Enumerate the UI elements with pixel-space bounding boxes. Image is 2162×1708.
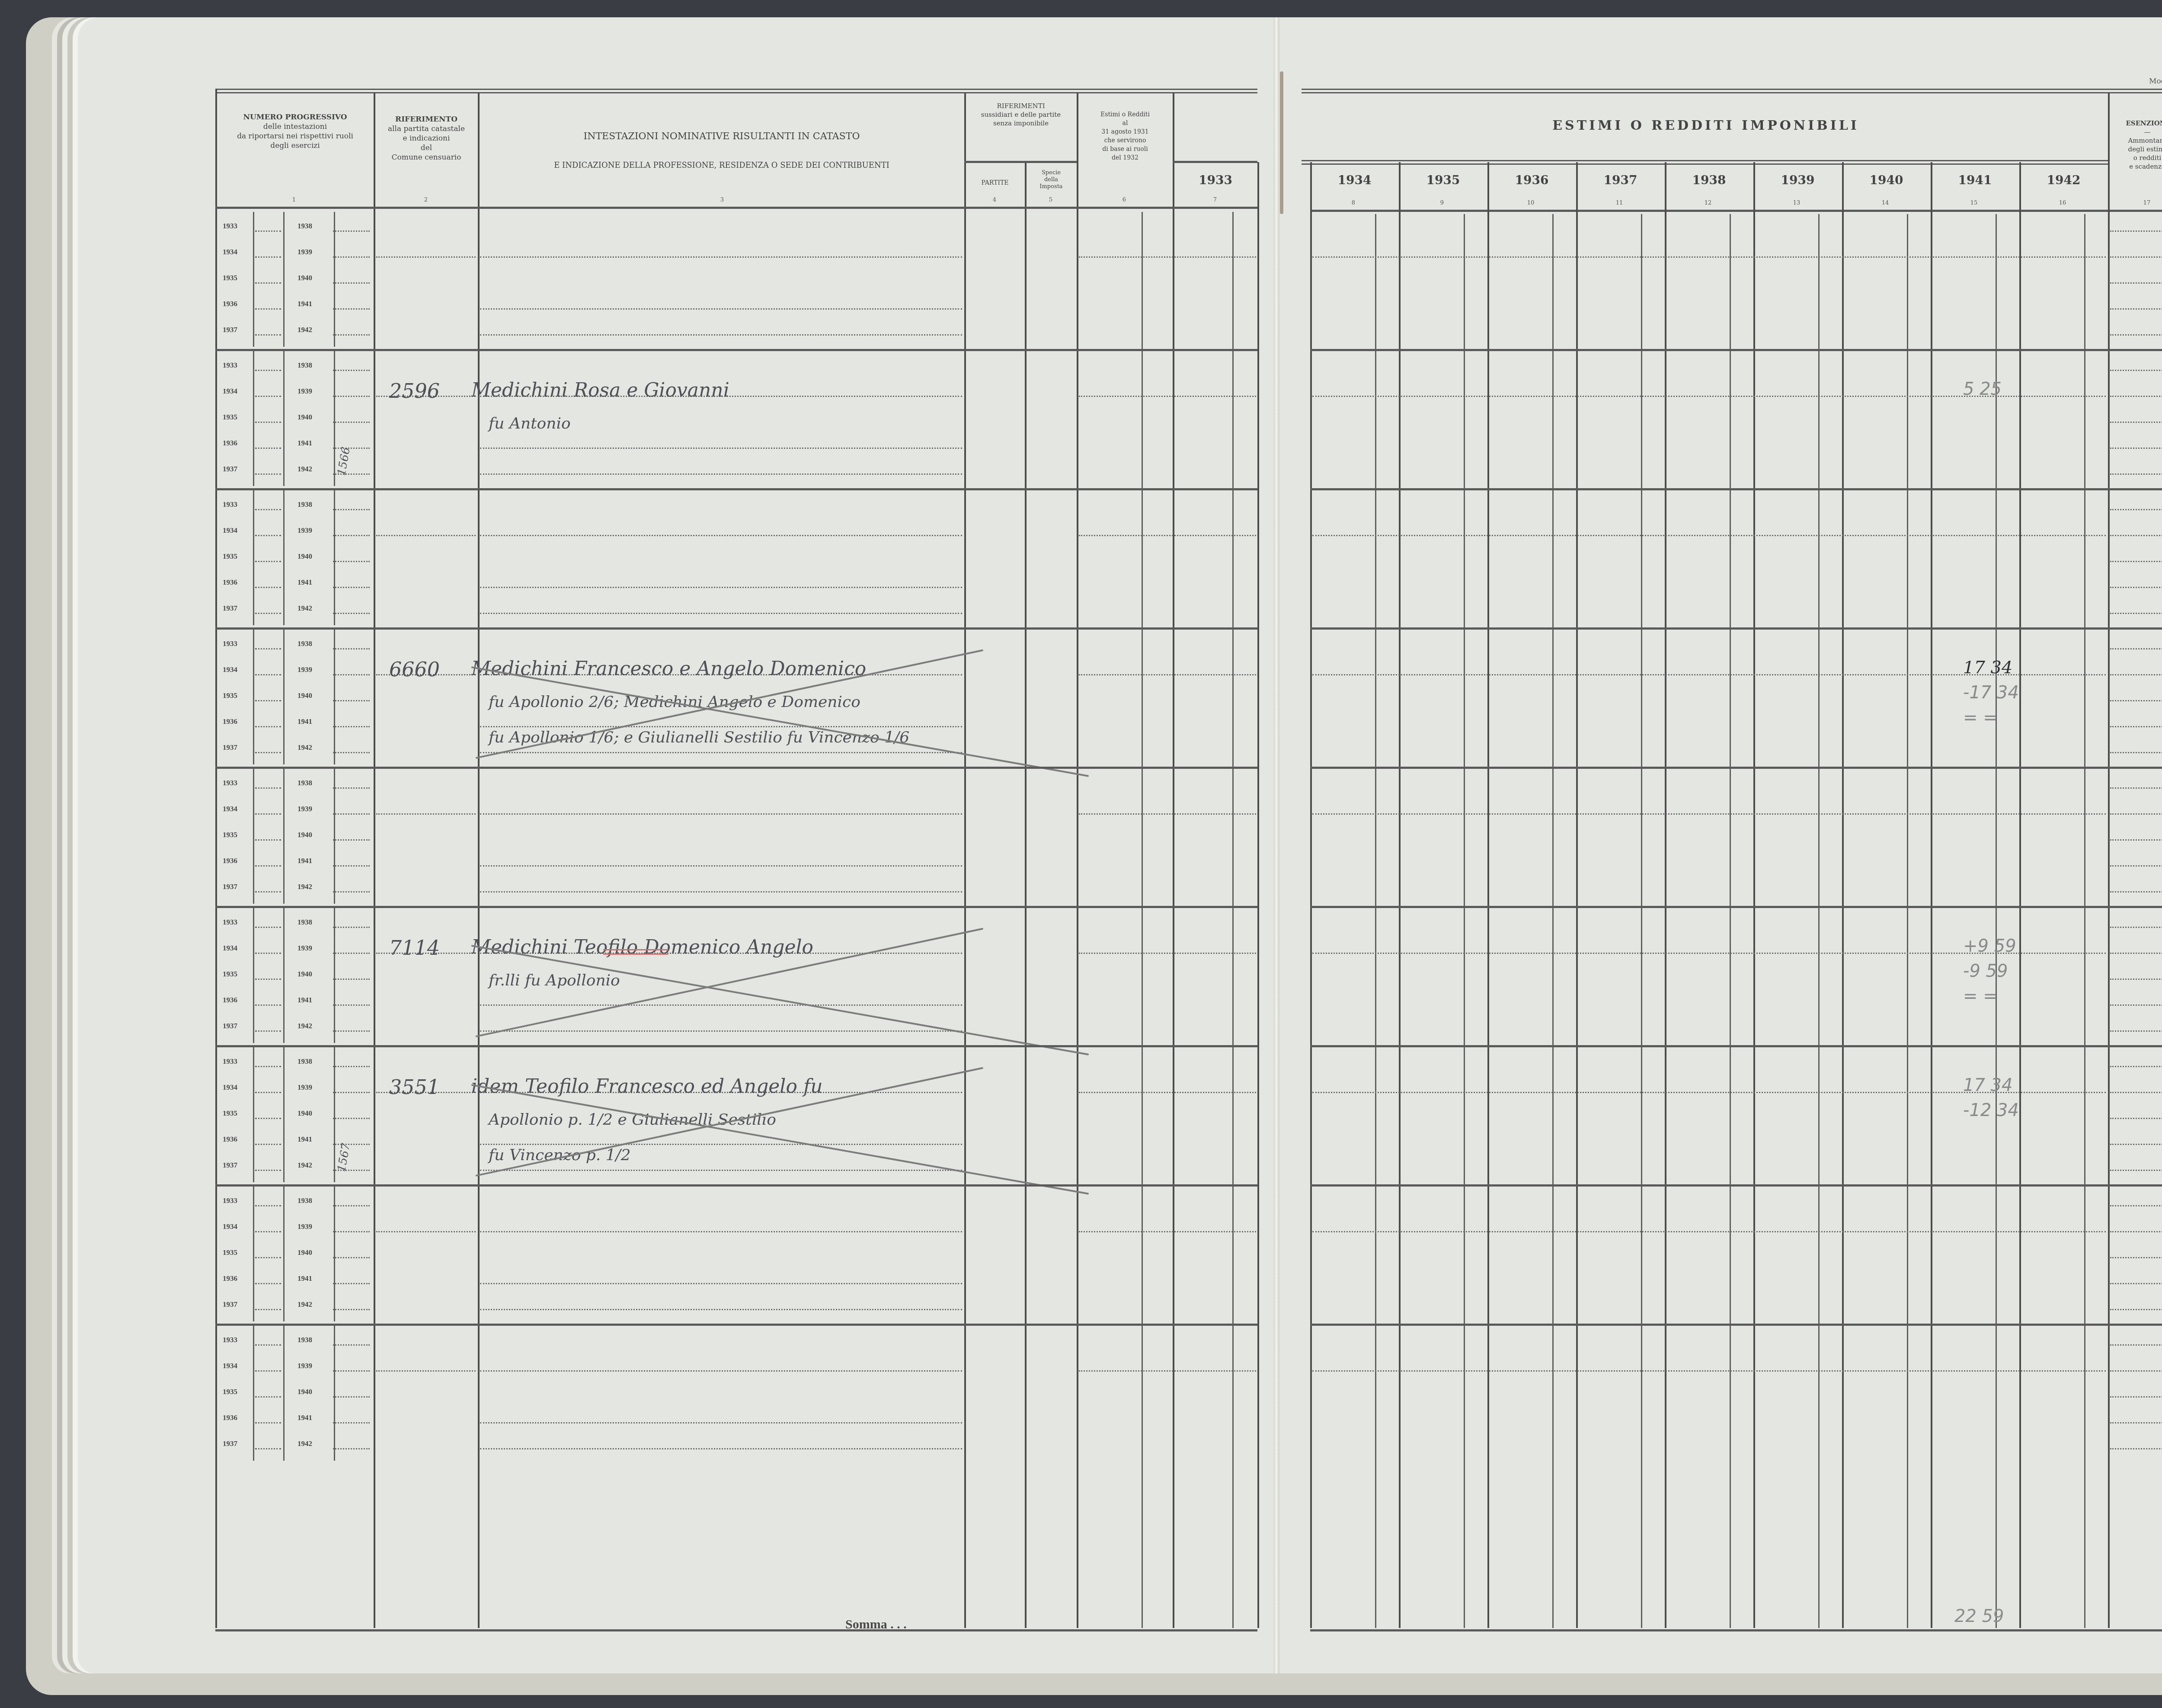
subcol-divider <box>334 490 335 625</box>
dotted-rule <box>255 752 281 753</box>
dotted-rule <box>2110 839 2162 841</box>
year-label: 1935 <box>223 274 237 282</box>
year-label: 1940 <box>297 691 312 700</box>
column-number: 10 <box>1522 200 1539 206</box>
year-label: 1941 <box>297 439 312 448</box>
dotted-rule <box>255 1257 281 1258</box>
year-header-1934: 1934 <box>1310 173 1399 187</box>
dotted-rule <box>480 1309 962 1310</box>
entry-separator <box>1310 1324 2162 1326</box>
dotted-rule <box>333 561 370 562</box>
header-line: Ammontare <box>2110 136 2162 145</box>
subcol-divider <box>253 1047 254 1182</box>
year-label: 1938 <box>297 222 312 230</box>
intestazione-line[interactable]: fu Apollonio 1/6; e Giulianelli Sestilio… <box>489 729 909 746</box>
value-1941[interactable]: -9 59 <box>1963 961 2008 981</box>
year-label: 1934 <box>223 248 237 256</box>
dotted-rule <box>1079 396 1256 397</box>
subcol-divider <box>253 908 254 1043</box>
subcol-divider <box>253 1187 254 1321</box>
year-header-1936: 1936 <box>1487 173 1576 187</box>
dotted-rule <box>333 535 370 536</box>
year-label: 1939 <box>297 1222 312 1231</box>
register-entry-block[interactable] <box>215 210 2162 349</box>
subcol-divider <box>283 351 285 486</box>
dotted-rule <box>2110 891 2162 892</box>
year-label: 1934 <box>223 805 237 813</box>
column-number: 7 <box>1206 197 1224 203</box>
dotted-rule <box>480 1030 962 1032</box>
year-label: 1939 <box>297 1083 312 1092</box>
header-line: degli esercizi <box>218 141 372 150</box>
header-subrule <box>964 161 1077 163</box>
value-1941[interactable]: 17 34 <box>1963 1075 2013 1095</box>
dotted-rule <box>333 1344 370 1346</box>
dotted-rule <box>480 473 962 475</box>
subcol-divider <box>334 908 335 1043</box>
dotted-rule <box>2110 927 2162 928</box>
dotted-rule <box>480 813 962 815</box>
year-label: 1940 <box>297 1248 312 1257</box>
header-line: e indicazioni <box>375 134 477 143</box>
dotted-rule <box>255 1231 281 1232</box>
year-label: 1935 <box>223 1388 237 1396</box>
dotted-rule <box>255 1344 281 1346</box>
column-number: 2 <box>417 197 435 203</box>
intestazione-line[interactable]: fu Vincenzo p. 1/2 <box>489 1146 631 1164</box>
header-line: o redditi <box>2110 154 2162 162</box>
year-label: 1934 <box>223 1222 237 1231</box>
header-line: Imposta <box>1027 183 1076 190</box>
dotted-rule <box>480 1370 962 1372</box>
dotted-rule <box>333 1205 370 1206</box>
register-entry-block[interactable] <box>215 1324 2162 1463</box>
dotted-rule <box>376 813 476 815</box>
dotted-rule <box>255 1422 281 1423</box>
subcol-divider <box>253 212 254 347</box>
header-line: Estimi o Redditi <box>1078 110 1172 119</box>
dotted-rule <box>333 282 370 284</box>
header-estimi-redditi-imponibili: ESTIMI O REDDITI IMPONIBILI <box>1306 121 2106 131</box>
subcol-divider <box>283 1326 285 1461</box>
year-label: 1937 <box>223 604 237 613</box>
dotted-rule <box>255 561 281 562</box>
dotted-rule <box>1079 953 1256 954</box>
dotted-rule <box>1312 813 2106 815</box>
register-entry-block[interactable] <box>215 1184 2162 1324</box>
dotted-rule <box>480 334 962 336</box>
dotted-rule <box>2110 1257 2162 1258</box>
intestazione-line[interactable]: Medichini Rosa e Giovanni <box>471 379 729 401</box>
dotted-rule <box>2110 473 2162 475</box>
subcol-divider <box>334 1326 335 1461</box>
dotted-rule <box>1312 1231 2106 1232</box>
table-bottom-rule <box>215 1629 1257 1631</box>
dotted-rule <box>333 726 370 727</box>
subcol-divider <box>253 490 254 625</box>
dotted-rule <box>333 1092 370 1093</box>
header-line: del 1932 <box>1078 154 1172 162</box>
header-estimi-1931: Estimi o Redditi al 31 agosto 1931 che s… <box>1078 110 1172 162</box>
dotted-rule <box>2110 613 2162 614</box>
dotted-rule <box>376 535 476 536</box>
year-label: 1937 <box>223 1022 237 1030</box>
value-1941[interactable]: +9 59 <box>1963 936 2016 956</box>
riferimento-partita[interactable]: 7114 <box>389 936 440 960</box>
dotted-rule <box>333 700 370 701</box>
register-entry-block[interactable] <box>215 767 2162 906</box>
dotted-rule <box>255 953 281 954</box>
header-line: al <box>1078 119 1172 128</box>
year-header-1937: 1937 <box>1576 173 1665 187</box>
dotted-rule <box>480 1004 962 1006</box>
dotted-rule <box>2110 1344 2162 1346</box>
entry-separator <box>215 1045 1257 1047</box>
dotted-rule <box>255 1309 281 1310</box>
year-label: 1940 <box>297 1388 312 1396</box>
year-label: 1941 <box>297 857 312 865</box>
year-label: 1937 <box>223 743 237 752</box>
dotted-rule <box>480 1422 962 1423</box>
header-title: RIFERIMENTO <box>375 115 477 124</box>
dotted-rule <box>2110 1004 2162 1006</box>
year-label: 1936 <box>223 1274 237 1283</box>
dotted-rule <box>333 308 370 310</box>
header-intestazioni: INTESTAZIONI NOMINATIVE RISULTANTI IN CA… <box>480 132 963 141</box>
dotted-rule <box>255 979 281 980</box>
header-line: che servirono <box>1078 136 1172 145</box>
year-label: 1942 <box>297 1439 312 1448</box>
dotted-rule <box>2110 1422 2162 1423</box>
dotted-rule <box>333 674 370 675</box>
dotted-rule <box>255 927 281 928</box>
header-line: delle intestazioni <box>218 122 372 131</box>
year-label: 1933 <box>223 779 237 787</box>
dotted-rule <box>1312 256 2106 258</box>
year-label: 1937 <box>223 465 237 473</box>
header-line: alla partita catastale <box>375 124 477 134</box>
dotted-rule <box>255 726 281 727</box>
subcol-divider <box>283 908 285 1043</box>
dotted-rule <box>2110 1448 2162 1449</box>
subcol-divider <box>334 630 335 764</box>
dotted-rule <box>480 308 962 310</box>
year-label: 1940 <box>297 831 312 839</box>
dotted-rule <box>255 334 281 336</box>
year-label: 1942 <box>297 1022 312 1030</box>
dotted-rule <box>480 256 962 258</box>
dotted-rule <box>333 1004 370 1006</box>
dotted-rule <box>255 839 281 841</box>
year-label: 1941 <box>297 300 312 308</box>
year-label: 1941 <box>297 717 312 726</box>
entry-separator <box>1310 767 2162 769</box>
header-line: 31 agosto 1931 <box>1078 128 1172 136</box>
year-label: 1941 <box>297 1414 312 1422</box>
year-label: 1939 <box>297 665 312 674</box>
year-label: 1941 <box>297 996 312 1004</box>
year-label: 1942 <box>297 604 312 613</box>
column-number: 1 <box>285 197 303 203</box>
subcol-divider <box>253 630 254 764</box>
header-line: sussidiari e delle partite <box>966 110 1076 119</box>
dotted-rule <box>333 891 370 892</box>
dotted-rule <box>2110 674 2162 675</box>
dotted-rule <box>480 1170 962 1171</box>
column-number: 17 <box>2138 200 2156 206</box>
subcol-divider <box>334 769 335 904</box>
year-label: 1938 <box>297 1057 312 1066</box>
dotted-rule <box>480 613 962 614</box>
dotted-rule <box>255 422 281 423</box>
year-header-1941: 1941 <box>1931 173 2019 187</box>
column-number: 8 <box>1345 200 1362 206</box>
year-label: 1940 <box>297 970 312 979</box>
header-line: da riportarsi nei rispettivi ruoli <box>218 131 372 141</box>
riferimento-partita[interactable]: 6660 <box>389 658 440 681</box>
entry-separator <box>215 1324 1257 1326</box>
intestazione-line[interactable]: fu Antonio <box>489 415 571 432</box>
dotted-rule <box>2110 1283 2162 1284</box>
dotted-rule <box>333 1066 370 1067</box>
year-label: 1938 <box>297 500 312 509</box>
year-label: 1938 <box>297 640 312 648</box>
year-label: 1933 <box>223 1336 237 1344</box>
dotted-rule <box>2110 587 2162 588</box>
column-number: 13 <box>1788 200 1805 206</box>
dotted-rule <box>1079 1370 1256 1372</box>
dotted-rule <box>333 839 370 841</box>
year-label: 1938 <box>297 1196 312 1205</box>
year-label: 1941 <box>297 578 312 587</box>
year-label: 1934 <box>223 526 237 535</box>
year-label: 1942 <box>297 326 312 334</box>
header-intestazioni-subtitle: E INDICAZIONE DELLA PROFESSIONE, RESIDEN… <box>480 161 963 170</box>
year-label: 1935 <box>223 1109 237 1118</box>
dotted-rule <box>480 726 962 727</box>
dotted-rule <box>333 587 370 588</box>
header-subrule <box>1173 161 1257 163</box>
dotted-rule <box>255 787 281 789</box>
entry-separator <box>215 627 1257 630</box>
dotted-rule <box>255 674 281 675</box>
dotted-rule <box>255 308 281 310</box>
dotted-rule <box>2110 1118 2162 1119</box>
riferimento-partita[interactable]: 2596 <box>389 379 440 403</box>
header-line: del <box>375 143 477 153</box>
dotted-rule <box>255 370 281 371</box>
year-label: 1936 <box>223 1135 237 1144</box>
dotted-rule <box>255 256 281 258</box>
year-label: 1939 <box>297 248 312 256</box>
dotted-rule <box>255 1396 281 1398</box>
year-label: 1942 <box>297 743 312 752</box>
year-label: 1935 <box>223 691 237 700</box>
year-label: 1940 <box>297 413 312 422</box>
dotted-rule <box>255 587 281 588</box>
dotted-rule <box>333 230 370 232</box>
dotted-rule <box>333 1231 370 1232</box>
dotted-rule <box>333 1030 370 1032</box>
year-label: 1936 <box>223 717 237 726</box>
year-label: 1940 <box>297 552 312 561</box>
dotted-rule <box>480 535 962 536</box>
header-line: degli estimi <box>2110 145 2162 154</box>
dotted-rule <box>333 1118 370 1119</box>
dotted-rule <box>2110 979 2162 980</box>
dotted-rule <box>2110 308 2162 310</box>
header-line: Comune censuario <box>375 153 477 162</box>
value-1941[interactable]: = = <box>1963 708 1998 728</box>
dotted-rule <box>2110 953 2162 954</box>
header-riferimenti: RIFERIMENTI sussidiari e delle partite s… <box>966 102 1076 128</box>
year-label: 1938 <box>297 918 312 927</box>
year-label: 1937 <box>223 1161 237 1170</box>
dotted-rule <box>2110 256 2162 258</box>
dotted-rule <box>333 1370 370 1372</box>
column-number: 11 <box>1611 200 1628 206</box>
year-label: 1936 <box>223 857 237 865</box>
year-label: 1939 <box>297 944 312 953</box>
dotted-rule <box>255 282 281 284</box>
dotted-rule <box>333 648 370 649</box>
year-label: 1939 <box>297 1362 312 1370</box>
value-1941[interactable]: = = <box>1963 986 1998 1006</box>
header-line: della <box>1027 176 1076 183</box>
dotted-rule <box>2110 648 2162 649</box>
year-label: 1936 <box>223 578 237 587</box>
dotted-rule <box>480 1231 962 1232</box>
year-label: 1938 <box>297 361 312 370</box>
entry-separator <box>215 906 1257 908</box>
dotted-rule <box>255 535 281 536</box>
dotted-rule <box>255 813 281 815</box>
subcol-divider <box>253 351 254 486</box>
year-label: 1934 <box>223 665 237 674</box>
dotted-rule <box>480 1448 962 1449</box>
dotted-rule <box>255 1066 281 1067</box>
dotted-rule <box>333 752 370 753</box>
dotted-rule <box>255 1170 281 1171</box>
year-label: 1936 <box>223 439 237 448</box>
column-number: 5 <box>1042 197 1059 203</box>
intestazione-line[interactable]: fr.lli fu Apollonio <box>489 972 620 989</box>
column-number: 9 <box>1433 200 1451 206</box>
dotted-rule <box>333 613 370 614</box>
dotted-rule <box>333 953 370 954</box>
value-1941[interactable]: 5 25 <box>1963 379 2002 399</box>
subcol-divider <box>283 490 285 625</box>
dotted-rule <box>2110 752 2162 753</box>
dotted-rule <box>2110 700 2162 701</box>
dotted-rule <box>2110 1231 2162 1232</box>
year-label: 1933 <box>223 500 237 509</box>
header-line: Specie <box>1027 170 1076 176</box>
dotted-rule <box>255 1370 281 1372</box>
dotted-rule <box>255 448 281 449</box>
table-bottom-rule <box>1310 1629 2162 1631</box>
dotted-rule <box>333 1396 370 1398</box>
subcol-divider <box>283 212 285 347</box>
year-label: 1940 <box>297 1109 312 1118</box>
dotted-rule <box>1079 813 1256 815</box>
dotted-rule <box>480 448 962 449</box>
header-title: NUMERO PROGRESSIVO <box>218 112 372 122</box>
dotted-rule <box>2110 396 2162 397</box>
dotted-rule <box>376 256 476 258</box>
column-number: 6 <box>1116 197 1133 203</box>
value-1941[interactable]: 17 34 <box>1963 658 2013 678</box>
dotted-rule <box>255 396 281 397</box>
year-header-1935: 1935 <box>1399 173 1487 187</box>
year-label: 1937 <box>223 1439 237 1448</box>
year-header-1942: 1942 <box>2019 173 2108 187</box>
dotted-rule <box>1079 1092 1256 1093</box>
dotted-rule <box>2110 1370 2162 1372</box>
dotted-rule <box>2110 1396 2162 1398</box>
somma-label: Somma . . . <box>845 1617 907 1632</box>
dotted-rule <box>480 1283 962 1284</box>
dotted-rule <box>2110 334 2162 336</box>
dotted-rule <box>480 752 962 753</box>
subcol-divider <box>283 630 285 764</box>
dotted-rule <box>333 370 370 371</box>
dotted-rule <box>2110 1170 2162 1171</box>
header-esenzioni: ESENZIONI — Ammontare degli estimi o red… <box>2110 119 2162 171</box>
dotted-rule <box>333 1422 370 1423</box>
entry-separator <box>1310 1184 2162 1187</box>
year-label: 1934 <box>223 1362 237 1370</box>
dotted-rule <box>480 865 962 867</box>
dotted-rule <box>333 1283 370 1284</box>
table-top-border <box>215 89 1257 93</box>
year-label: 1933 <box>223 640 237 648</box>
year-label: 1942 <box>297 465 312 473</box>
entry-separator <box>215 767 1257 769</box>
header-partite: PARTITE <box>966 178 1024 188</box>
dotted-rule <box>2110 787 2162 789</box>
year-label: 1933 <box>223 1057 237 1066</box>
dotted-rule <box>255 1283 281 1284</box>
riferimento-partita[interactable]: 3551 <box>389 1075 440 1099</box>
column-number: 12 <box>1699 200 1717 206</box>
subcol-divider <box>253 769 254 904</box>
year-label: 1940 <box>297 274 312 282</box>
dotted-rule <box>255 509 281 510</box>
year-label: 1933 <box>223 1196 237 1205</box>
red-correction-line <box>603 949 668 950</box>
dotted-rule <box>255 1118 281 1119</box>
dotted-rule <box>2110 726 2162 727</box>
year-label: 1936 <box>223 300 237 308</box>
dotted-rule <box>333 509 370 510</box>
value-1941[interactable]: -17 34 <box>1963 683 2019 703</box>
header-bottom-rule <box>215 207 1257 209</box>
dotted-rule <box>2110 535 2162 536</box>
year-label: 1938 <box>297 1336 312 1344</box>
dotted-rule <box>2110 1144 2162 1145</box>
year-header-1939: 1939 <box>1753 173 1842 187</box>
year-label: 1937 <box>223 883 237 891</box>
dotted-rule <box>2110 1030 2162 1032</box>
dotted-rule <box>1079 1231 1256 1232</box>
register-entry-block[interactable] <box>215 488 2162 627</box>
year-label: 1942 <box>297 1161 312 1170</box>
header-title: ESENZIONI <box>2110 119 2162 128</box>
dotted-rule <box>2110 1205 2162 1206</box>
value-1941[interactable]: -12 34 <box>1963 1100 2019 1120</box>
entry-separator <box>1310 627 2162 630</box>
